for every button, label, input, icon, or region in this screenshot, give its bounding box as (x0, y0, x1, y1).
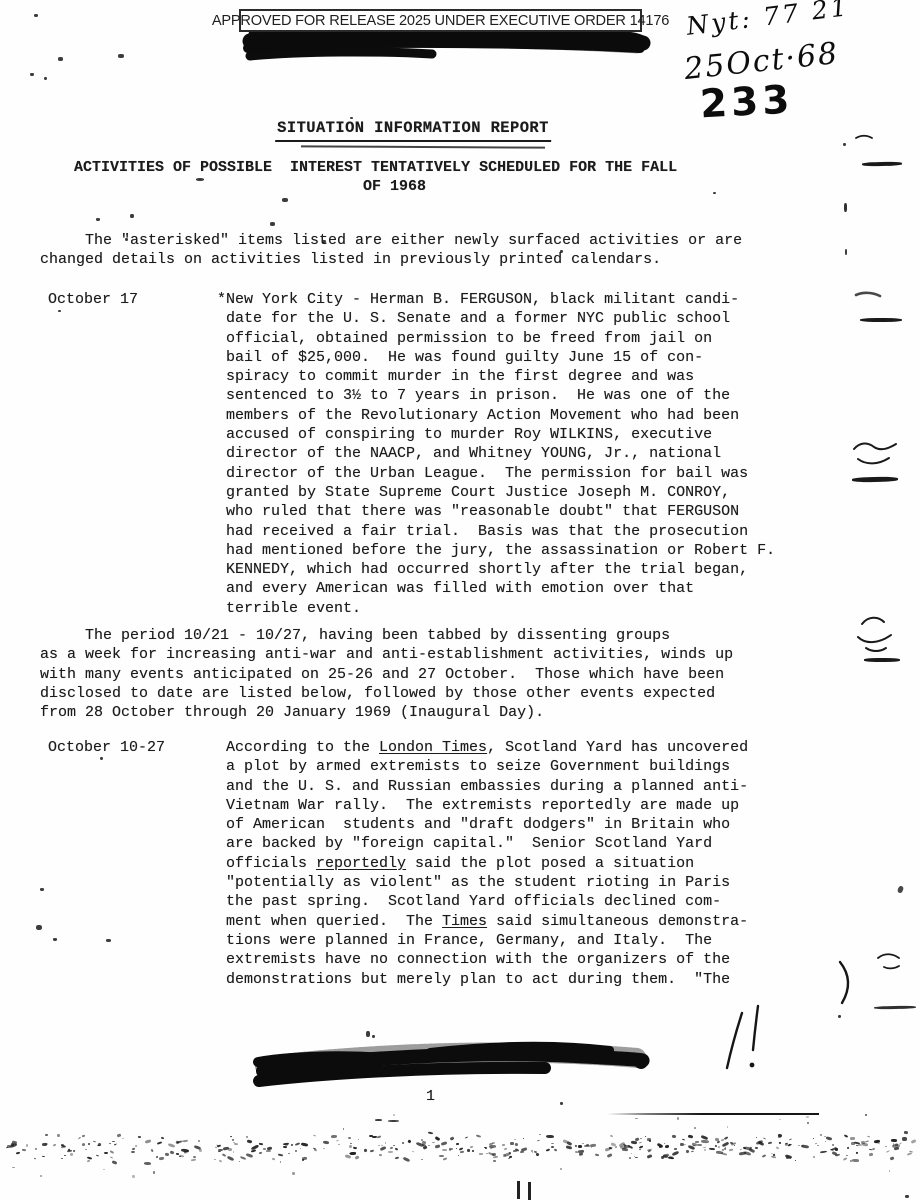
noise-speck (694, 1127, 696, 1129)
noise-speck (349, 1153, 353, 1155)
noise-speck (605, 1147, 611, 1152)
noise-speck (890, 1156, 894, 1160)
noise-speck (889, 1170, 890, 1172)
bottom-redaction-scribble (258, 1046, 643, 1081)
text-line: and every American was filled with emoti… (226, 579, 775, 598)
noise-speck (301, 1143, 308, 1147)
noise-speck (222, 1153, 226, 1157)
text-line: The period 10/21 - 10/27, having been ta… (40, 626, 733, 645)
noise-speck (45, 1134, 48, 1137)
noise-speck (97, 1143, 101, 1147)
noise-speck (266, 1150, 271, 1152)
noise-speck (684, 1144, 687, 1146)
noise-speck (663, 1154, 669, 1157)
noise-speck (470, 1145, 474, 1148)
margin-dash (852, 477, 898, 482)
noise-speck (744, 1151, 752, 1156)
noise-speck (825, 1141, 826, 1142)
noise-speck (709, 1147, 715, 1150)
noise-speck (510, 1142, 514, 1145)
text-line: date for the U. S. Senate and a former N… (226, 309, 775, 328)
text-line: tions were planned in France, Germany, a… (226, 931, 748, 950)
noise-speck (111, 1160, 117, 1165)
noise-speck (232, 1138, 234, 1140)
noise-speck (137, 1136, 140, 1138)
noise-speck (151, 1148, 154, 1151)
speck (282, 198, 288, 202)
noise-speck (539, 1134, 541, 1135)
noise-speck (687, 1134, 692, 1138)
text-line: disclosed to date are listed below, foll… (40, 684, 733, 703)
noise-speck (114, 1143, 117, 1145)
noise-speck (513, 1150, 517, 1152)
noise-speck (199, 1149, 203, 1152)
noise-speck (131, 1150, 135, 1153)
noise-speck (300, 1148, 302, 1149)
noise-speck (806, 1116, 809, 1118)
text-line: KENNEDY, which had occurred shortly afte… (226, 560, 775, 579)
noise-speck (214, 1158, 217, 1159)
noise-speck (727, 1126, 728, 1127)
noise-speck (288, 1152, 290, 1153)
text-line: officials reportedly said the plot posed… (226, 854, 748, 873)
noise-speck (198, 1140, 200, 1142)
speck (322, 240, 326, 243)
noise-speck (431, 1142, 435, 1144)
noise-speck (271, 1158, 274, 1161)
noise-speck (153, 1171, 155, 1174)
speck (388, 1120, 399, 1122)
noise-speck (771, 1156, 777, 1160)
noise-speck (239, 1156, 245, 1160)
noise-speck (635, 1157, 638, 1159)
speck (125, 238, 128, 241)
noise-speck (649, 1140, 652, 1142)
noise-speck (475, 1135, 480, 1138)
noise-speck (872, 1147, 876, 1150)
noise-speck (685, 1150, 689, 1154)
noise-speck (484, 1147, 486, 1149)
bottom-tick-mark (528, 1182, 531, 1200)
noise-speck (852, 1159, 859, 1162)
noise-speck (716, 1150, 723, 1154)
scanned-document-page: APPROVED FOR RELEASE 2025 UNDER EXECUTIV… (0, 0, 921, 1200)
noise-speck (647, 1154, 652, 1158)
noise-speck (644, 1135, 645, 1136)
noise-speck (57, 1134, 60, 1137)
noise-speck (394, 1148, 397, 1151)
noise-speck (775, 1146, 779, 1149)
speck (40, 888, 44, 891)
text-line: "potentially as violent" as the student … (226, 873, 748, 892)
noise-speck (460, 1151, 464, 1153)
exclamation-stroke (753, 1006, 758, 1050)
text-line: ment when queried. The Times said simult… (226, 912, 748, 931)
noise-speck (385, 1142, 386, 1144)
noise-speck (502, 1144, 505, 1146)
speck (30, 73, 34, 76)
noise-speck (551, 1146, 554, 1148)
noise-speck (357, 1139, 359, 1140)
noise-speck (355, 1155, 360, 1159)
text-line: of American students and "draft dodgers"… (226, 815, 748, 834)
speck (350, 117, 353, 119)
bottom-horizontal-line (607, 1113, 819, 1115)
noise-speck (734, 1145, 735, 1146)
noise-speck (554, 1149, 557, 1152)
noise-speck (441, 1141, 448, 1145)
noise-speck (843, 1135, 847, 1139)
text-line: are backed by "foreign capital." Senior … (226, 834, 748, 853)
noise-speck (867, 1135, 870, 1137)
noise-speck (550, 1143, 553, 1145)
noise-speck (832, 1144, 835, 1147)
noise-speck (35, 1148, 38, 1151)
noise-speck (168, 1143, 176, 1148)
handwritten-note-reference: Nyt: 77 21 (685, 0, 851, 41)
speck (58, 57, 63, 61)
noise-speck (394, 1157, 398, 1160)
text-line: had mentioned before the jury, the assas… (226, 541, 775, 560)
speck (36, 925, 42, 930)
noise-speck (239, 1161, 241, 1163)
noise-speck (364, 1149, 368, 1153)
noise-speck (846, 1147, 848, 1149)
speck (843, 143, 846, 146)
text-line: accused of conspiring to murder Roy WILK… (226, 425, 775, 444)
noise-speck (42, 1156, 45, 1158)
page-number: 1 (426, 1087, 435, 1106)
text-line: official, obtained permission to be free… (226, 329, 775, 348)
speck (96, 218, 100, 221)
noise-speck (677, 1117, 679, 1120)
noise-speck (227, 1156, 235, 1162)
noise-speck (144, 1161, 151, 1164)
text-line: a plot by armed extremists to seize Gove… (226, 757, 748, 776)
noise-speck (182, 1140, 189, 1143)
text-line: director of the Urban League. The permis… (226, 464, 775, 483)
noise-speck (263, 1148, 266, 1150)
text-line: who ruled that there was "reasonable dou… (226, 502, 775, 521)
noise-speck (762, 1154, 766, 1157)
noise-speck (40, 1175, 41, 1177)
noise-speck (280, 1161, 281, 1162)
noise-speck (442, 1149, 447, 1151)
noise-speck (233, 1151, 234, 1152)
noise-speck (584, 1145, 590, 1147)
noise-speck (778, 1133, 782, 1137)
noise-speck (26, 1144, 28, 1146)
subtitle-line-2: OF 1968 (363, 177, 426, 196)
noise-speck (537, 1139, 540, 1141)
margin-tick (844, 203, 847, 212)
text-line: director of the NAACP, and Whitney YOUNG… (226, 444, 775, 463)
noise-speck (729, 1149, 733, 1151)
noise-speck (336, 1139, 340, 1141)
margin-tick (897, 885, 904, 893)
noise-speck (117, 1134, 122, 1138)
noise-speck (740, 1149, 742, 1151)
noise-speck (635, 1138, 639, 1142)
speck (375, 1119, 382, 1121)
noise-speck (606, 1153, 612, 1157)
noise-speck (70, 1152, 74, 1156)
noise-speck (428, 1132, 433, 1135)
noise-speck (523, 1137, 525, 1139)
noise-speck (435, 1137, 441, 1142)
noise-speck (103, 1169, 105, 1171)
noise-speck (778, 1142, 780, 1145)
noise-speck (566, 1145, 573, 1149)
noise-speck (112, 1141, 115, 1142)
entry-date: October 17 (48, 290, 138, 309)
noise-speck (88, 1143, 90, 1145)
noise-speck (591, 1147, 593, 1149)
noise-speck (672, 1135, 677, 1138)
noise-speck (408, 1139, 412, 1143)
noise-speck (145, 1139, 151, 1143)
noise-speck (865, 1114, 867, 1115)
noise-speck (578, 1145, 582, 1148)
noise-speck (458, 1155, 460, 1157)
margin-dash (862, 162, 902, 166)
noise-speck (246, 1152, 254, 1157)
noise-speck (704, 1149, 706, 1152)
noise-speck (721, 1139, 725, 1142)
noise-speck (372, 1135, 377, 1137)
noise-speck (81, 1142, 85, 1146)
noise-speck (452, 1139, 453, 1140)
speck (196, 178, 204, 181)
text-line: sentenced to 3½ to 7 years in prison. He… (226, 386, 775, 405)
noise-speck (834, 1148, 838, 1151)
noise-speck (132, 1148, 135, 1151)
speck (838, 1015, 841, 1018)
noise-speck (755, 1147, 758, 1149)
noise-speck (85, 1149, 88, 1150)
text-line: extremists have no connection with the o… (226, 950, 748, 969)
noise-speck (393, 1114, 395, 1116)
noise-speck (664, 1145, 669, 1148)
margin-tick (902, 1137, 907, 1141)
noise-speck (579, 1153, 583, 1156)
speck (106, 939, 111, 942)
noise-speck (715, 1138, 719, 1142)
margin-dash (860, 318, 902, 322)
noise-speck (87, 1159, 91, 1162)
subtitle-line-1: ACTIVITIES OF POSSIBLE INTEREST TENTATIV… (74, 158, 677, 177)
noise-speck (459, 1147, 463, 1150)
noise-speck (323, 1148, 325, 1149)
noise-speck (674, 1148, 677, 1150)
handwritten-note-number: 233 (699, 78, 795, 128)
noise-speck (412, 1151, 414, 1153)
text-line: The "asterisked" items listed are either… (40, 231, 742, 250)
noise-speck (631, 1141, 637, 1145)
noise-speck (904, 1131, 908, 1134)
noise-speck (657, 1142, 664, 1148)
noise-speck (614, 1146, 617, 1148)
noise-speck (582, 1143, 584, 1144)
entry-body: According to the London Times, Scotland … (226, 738, 748, 989)
speck (845, 249, 847, 255)
speck (58, 310, 61, 312)
text-line: the past spring. Scotland Yard officials… (226, 892, 748, 911)
noise-speck (110, 1151, 114, 1154)
noise-speck (157, 1141, 162, 1144)
speck (372, 1035, 375, 1038)
noise-speck (885, 1150, 889, 1153)
noise-speck (282, 1146, 286, 1148)
noise-speck (789, 1138, 792, 1140)
speck (44, 77, 47, 80)
noise-speck (826, 1136, 833, 1140)
noise-speck (370, 1150, 374, 1153)
noise-speck (61, 1158, 63, 1160)
noise-speck (846, 1155, 848, 1157)
noise-speck (812, 1156, 814, 1159)
noise-speck (532, 1152, 533, 1153)
noise-speck (493, 1160, 496, 1162)
top-redaction-scribble (248, 29, 643, 56)
noise-speck (869, 1153, 874, 1157)
noise-speck (344, 1154, 351, 1159)
margin-dash (874, 1006, 916, 1010)
text-line: According to the London Times, Scotland … (226, 738, 748, 757)
noise-speck (81, 1135, 84, 1138)
noise-speck (868, 1149, 871, 1151)
noise-speck (442, 1157, 446, 1160)
noise-speck (110, 1157, 113, 1159)
noise-speck (575, 1151, 578, 1154)
exclamation-dot (750, 1063, 755, 1068)
noise-speck (402, 1142, 404, 1144)
noise-speck (594, 1153, 599, 1156)
noise-speck (455, 1143, 458, 1145)
noise-speck (12, 1167, 14, 1169)
noise-speck (546, 1149, 551, 1153)
noise-speck (354, 1147, 356, 1149)
text-line: *New York City - Herman B. FERGUSON, bla… (226, 290, 775, 309)
noise-speck (93, 1141, 96, 1143)
noise-speck (302, 1157, 307, 1160)
noise-speck (218, 1151, 221, 1152)
noise-speck (161, 1137, 164, 1140)
text-line: with many events anticipated on 25-26 an… (40, 665, 733, 684)
noise-speck (73, 1150, 75, 1152)
noise-speck (218, 1160, 221, 1163)
noise-speck (122, 1138, 124, 1139)
noise-speck (492, 1142, 496, 1144)
noise-speck (817, 1145, 819, 1146)
noise-speck (911, 1139, 917, 1144)
noise-speck (343, 1128, 344, 1130)
noise-speck (230, 1136, 232, 1138)
noise-speck (191, 1158, 196, 1161)
speck (118, 54, 124, 58)
bottom-tick-mark (517, 1181, 520, 1199)
noise-speck (856, 1151, 859, 1153)
noise-speck (393, 1145, 395, 1146)
noise-speck (108, 1143, 110, 1145)
speck (270, 222, 275, 226)
noise-speck (521, 1147, 527, 1151)
margin-dash (864, 658, 900, 662)
noise-speck (348, 1137, 351, 1140)
noise-speck (388, 1150, 393, 1152)
text-line: terrible event. (226, 599, 775, 618)
noise-speck (45, 1143, 49, 1146)
text-line: changed details on activities listed in … (40, 250, 742, 269)
noise-speck (22, 1149, 26, 1152)
noise-speck (682, 1138, 685, 1140)
release-stamp-text: APPROVED FOR RELEASE 2025 UNDER EXECUTIV… (212, 13, 669, 29)
noise-speck (697, 1144, 702, 1146)
noise-speck (377, 1144, 380, 1145)
noise-speck (560, 1168, 563, 1170)
noise-speck (169, 1150, 174, 1154)
noise-speck (234, 1143, 238, 1145)
noise-speck (535, 1152, 539, 1156)
slash-mark (727, 1013, 742, 1068)
noise-speck (701, 1140, 709, 1144)
text-line: as a week for increasing anti-war and an… (40, 645, 733, 664)
noise-speck (820, 1151, 826, 1154)
noise-speck (132, 1175, 135, 1178)
noise-speck (843, 1157, 847, 1160)
noise-speck (389, 1146, 392, 1149)
noise-speck (96, 1155, 99, 1157)
noise-speck (624, 1145, 630, 1149)
noise-speck (159, 1156, 165, 1160)
noise-speck (820, 1134, 823, 1137)
speck (560, 250, 563, 253)
noise-speck (756, 1136, 758, 1138)
noise-speck (757, 1140, 764, 1146)
speck (366, 1031, 370, 1037)
noise-speck (456, 1148, 457, 1149)
parenthesis-mark (840, 962, 848, 1003)
noise-speck (813, 1138, 814, 1139)
noise-speck (250, 1149, 255, 1152)
noise-speck (67, 1149, 72, 1152)
noise-speck (515, 1142, 518, 1145)
text-line: members of the Revolutionary Action Move… (226, 406, 775, 425)
page-title: SITUATION INFORMATION REPORT (275, 119, 551, 142)
text-line: had received a fair trial. Basis was tha… (226, 522, 775, 541)
noise-speck (348, 1144, 352, 1148)
noise-speck (259, 1142, 263, 1144)
entry-date: October 10-27 (48, 738, 165, 757)
noise-speck (421, 1159, 423, 1160)
noise-speck (246, 1136, 248, 1138)
noise-speck (877, 1142, 880, 1144)
noise-speck (631, 1153, 632, 1154)
noise-speck (807, 1122, 809, 1124)
noise-speck (379, 1154, 382, 1156)
text-line: demonstrations but merely plan to act du… (226, 970, 748, 989)
noise-speck (292, 1172, 295, 1175)
interlude-paragraph: The period 10/21 - 10/27, having been ta… (40, 626, 733, 722)
noise-speck (291, 1144, 293, 1146)
noise-speck (467, 1148, 470, 1151)
noise-speck (428, 1145, 430, 1146)
noise-speck (295, 1150, 297, 1152)
noise-speck (479, 1153, 484, 1155)
noise-speck (402, 1157, 410, 1162)
noise-speck (635, 1118, 637, 1119)
noise-speck (104, 1152, 108, 1155)
